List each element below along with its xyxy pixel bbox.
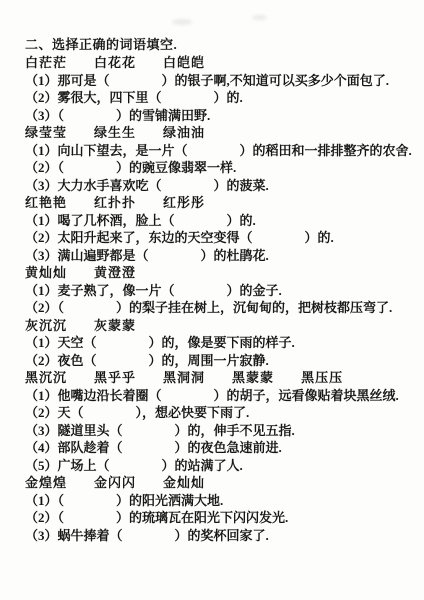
fill-blank-sentence: （1）天空（ ）的，像是要下雨的样子. — [25, 334, 422, 352]
fill-blank-sentence: （4）部队趁着（ ）的夜色急速前进. — [25, 439, 422, 457]
word-option-row: 黑沉沉黑乎乎黑洞洞黑蒙蒙黑压压 — [25, 369, 422, 387]
word-option: 黄澄澄 — [94, 264, 136, 282]
worksheet-content: 二、选择正确的词语填空. 白茫茫白花花白皑皑（1）那可是（ ）的银子啊,不知道可… — [25, 36, 422, 544]
fill-blank-sentence: （2）夜色（ ）的，周围一片寂静. — [25, 352, 422, 370]
fill-blank-sentence: （3）满山遍野都是（ ）的杜鹃花. — [25, 247, 422, 265]
word-option: 白花花 — [94, 54, 136, 72]
fill-blank-sentence: （2）（ ）的梨子挂在树上，沉甸甸的，把树枝都压弯了. — [25, 299, 422, 317]
fill-blank-sentence: （1）（ ）的阳光洒满大地. — [25, 492, 422, 510]
word-option-row: 金煌煌金闪闪金灿灿 — [25, 474, 422, 492]
scan-smudge — [252, 15, 267, 20]
fill-blank-sentence: （3）（ ）的雪铺满田野. — [25, 107, 422, 125]
word-option: 灰蒙蒙 — [94, 317, 136, 335]
word-option-row: 黄灿灿黄澄澄 — [25, 264, 422, 282]
word-option: 黑乎乎 — [94, 369, 136, 387]
word-option: 黑沉沉 — [25, 369, 67, 387]
word-option: 白茫茫 — [25, 54, 67, 72]
fill-blank-sentence: （1）向山下望去，是一片（ ）的稻田和一排排整齐的农舍. — [25, 142, 422, 160]
word-option: 黑压压 — [301, 369, 343, 387]
word-option: 红艳艳 — [25, 194, 67, 212]
word-option: 红扑扑 — [94, 194, 136, 212]
word-option: 绿油油 — [163, 124, 205, 142]
word-option: 绿莹莹 — [25, 124, 67, 142]
word-option-row: 红艳艳红扑扑红彤彤 — [25, 194, 422, 212]
word-option: 金闪闪 — [94, 474, 136, 492]
fill-blank-sentence: （2）雾很大，四下里（ ）的. — [25, 89, 422, 107]
fill-blank-sentence: （3）隧道里头（ ）的，伸手不见五指. — [25, 422, 422, 440]
word-option-row: 灰沉沉灰蒙蒙 — [25, 317, 422, 335]
fill-blank-sentence: （1）他嘴边沿长着圈（ ）的胡子，远看像贴着块黑丝绒. — [25, 387, 422, 405]
word-option: 黑洞洞 — [163, 369, 205, 387]
word-option: 金煌煌 — [25, 474, 67, 492]
word-option: 红彤彤 — [163, 194, 205, 212]
fill-blank-sentence: （1）那可是（ ）的银子啊,不知道可以买多少个面包了. — [25, 72, 422, 90]
fill-blank-sentence: （1）麦子熟了，像一片（ ）的金子. — [25, 282, 422, 300]
fill-blank-sentence: （2）太阳升起来了，东边的天空变得（ ）的. — [25, 229, 422, 247]
exercise-sections: 白茫茫白花花白皑皑（1）那可是（ ）的银子啊,不知道可以买多少个面包了.（2）雾… — [25, 54, 422, 544]
word-option-row: 白茫茫白花花白皑皑 — [25, 54, 422, 72]
fill-blank-sentence: （1）喝了几杯酒，脸上（ ）的. — [25, 212, 422, 230]
word-option: 白皑皑 — [163, 54, 205, 72]
word-option-row: 绿莹莹绿生生绿油油 — [25, 124, 422, 142]
word-option: 绿生生 — [94, 124, 136, 142]
fill-blank-sentence: （3）蜗牛捧着（ ）的奖杯回家了. — [25, 527, 422, 545]
fill-blank-sentence: （5）广场上（ ）的站满了人. — [25, 457, 422, 475]
word-option: 黑蒙蒙 — [232, 369, 274, 387]
word-option: 金灿灿 — [163, 474, 205, 492]
fill-blank-sentence: （2）（ ）的豌豆像翡翠一样. — [25, 159, 422, 177]
scan-smudge — [172, 19, 192, 25]
fill-blank-sentence: （2）天（ ），想必快要下雨了. — [25, 404, 422, 422]
word-option: 黄灿灿 — [25, 264, 67, 282]
word-option: 灰沉沉 — [25, 317, 67, 335]
fill-blank-sentence: （2）（ ）的琉璃瓦在阳光下闪闪发光. — [25, 509, 422, 527]
worksheet-page: 二、选择正确的词语填空. 白茫茫白花花白皑皑（1）那可是（ ）的银子啊,不知道可… — [0, 0, 424, 600]
fill-blank-sentence: （3）大力水手喜欢吃（ ）的菠菜. — [25, 177, 422, 195]
exercise-title: 二、选择正确的词语填空. — [25, 36, 422, 54]
